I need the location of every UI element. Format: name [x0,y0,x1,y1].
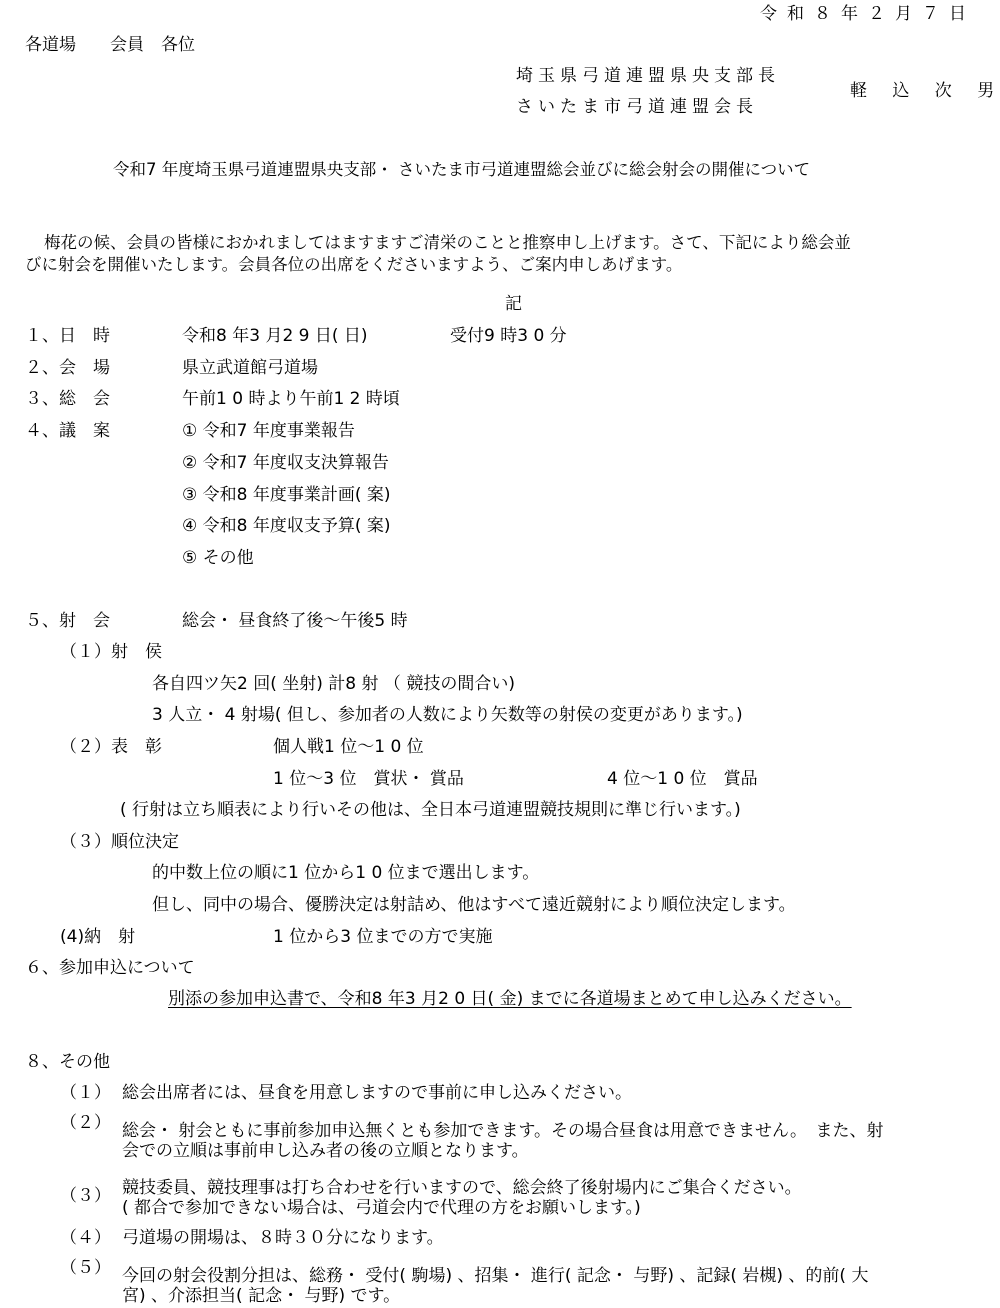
agenda-item: ⑤ その他 [182,548,254,568]
item-label-agenda: ４、議 案 [25,421,110,441]
other-entry-text: 総会出席者には、昼食を用意しますので事前に申し込みください。 [122,1083,632,1103]
agenda-item: ① 令和7 年度事業報告 [182,421,355,441]
item-value-reception: 受付9 時3 0 分 [450,326,567,346]
addressee: 各道場 会員 各位 [25,35,195,55]
other-label: ８、その他 [25,1052,110,1072]
shakai-sub3-label: （３）順位決定 [60,832,179,852]
other-entry-text: ( 都合で参加できない場合は、弓道会内で代理の方をお願いします。) [122,1198,641,1218]
item-label-shakai: ５、射 会 [25,611,110,631]
shakai-sub4-label: (4)納 射 [60,927,135,947]
ki-heading: 記 [505,294,522,314]
shakai-sub2-prize-1: 1 位～3 位 賞状・ 賞品 [273,769,464,789]
other-entry-num: （３） [60,1186,111,1206]
other-entry-num: （４） [60,1228,111,1248]
item-value-shakai: 総会・ 昼食終了後～午後5 時 [182,611,408,631]
greeting-line-2: びに射会を開催いたします。会員各位の出席をくださいますよう、ご案内申しあげます。 [25,255,682,275]
agenda-item: ③ 令和8 年度事業計画( 案) [182,485,391,505]
shakai-sub2-line1: 個人戦1 位～1 0 位 [273,737,424,757]
document-title: 令和7 年度埼玉県弓道連盟県央支部・ さいたま市弓道連盟総会並びに総会射会の開催… [113,160,810,180]
item-value-meeting: 午前1 0 時より午前1 2 時頃 [182,389,400,409]
shakai-sub1-line1: 各自四ツ矢2 回( 坐射) 計8 射 （ 競技の間合い) [152,674,515,694]
other-entry-text: 弓道場の開場は、８時３０分になります。 [122,1228,444,1248]
shakai-sub3-line2: 但し、同中の場合、優勝決定は射詰め、他はすべて遠近競射により順位決定します。 [152,895,796,915]
application-text: 別添の参加申込書で、令和8 年3 月2 0 日( 金) までに各道場まとめて申し… [168,989,852,1009]
document-date: 令和８年２月７日 [760,4,976,24]
other-entry-text: 会での立順は事前申し込み者の後の立順となります。 [122,1141,529,1161]
shakai-sub2-label: （２）表 彰 [60,737,162,757]
agenda-item: ④ 令和8 年度収支予算( 案) [182,516,391,536]
other-entry-text: 競技委員、競技理事は打ち合わせを行いますので、総会終了後射場内にご集合ください。 [122,1178,802,1198]
sender-name: 軽 込 次 男 [850,81,1000,101]
item-value-date: 令和8 年3 月2 9 日( 日) [182,326,368,346]
agenda-item: ② 令和7 年度収支決算報告 [182,453,389,473]
item-label-venue: ２、会 場 [25,358,110,378]
shakai-sub1-line2: 3 人立・ 4 射場( 但し、参加者の人数により矢数等の射侯の変更があります。) [152,705,743,725]
other-entry-text: 今回の射会役割分担は、総務・ 受付( 駒場) 、招集・ 進行( 記念・ 与野) … [122,1266,868,1286]
other-entry-text: 総会・ 射会ともに事前参加申込無くとも参加できます。その場合昼食は用意できません… [122,1121,884,1141]
other-entry-num: （５） [60,1258,111,1278]
other-entry-num: （１） [60,1083,111,1103]
other-entry-num: （２） [60,1113,111,1133]
shakai-sub3-line1: 的中数上位の順に1 位から1 0 位まで選出します。 [152,863,539,883]
item-label-meeting: ３、総 会 [25,389,110,409]
shakai-sub2-note: ( 行射は立ち順表により行いその他は、全日本弓道連盟競技規則に準じ行います。) [120,800,741,820]
shakai-sub4-value: 1 位から3 位までの方で実施 [273,927,492,947]
shakai-sub2-prize-2: 4 位～1 0 位 賞品 [607,769,758,789]
sender-title-1: 埼玉県弓道連盟県央支部長 [516,66,780,86]
shakai-sub1-label: （１）射 侯 [60,642,162,662]
application-label: ６、参加申込について [25,958,195,978]
sender-title-2: さいたま市弓道連盟会長 [516,97,758,117]
item-value-venue: 県立武道館弓道場 [182,358,318,378]
item-label-date: １、日 時 [25,326,110,346]
greeting-line-1: 梅花の候、会員の皆様におかれましてはますますご清栄のことと推察申し上げます。さて… [44,233,851,253]
other-entry-text: 宮) 、介添担当( 記念・ 与野) です。 [122,1286,400,1306]
